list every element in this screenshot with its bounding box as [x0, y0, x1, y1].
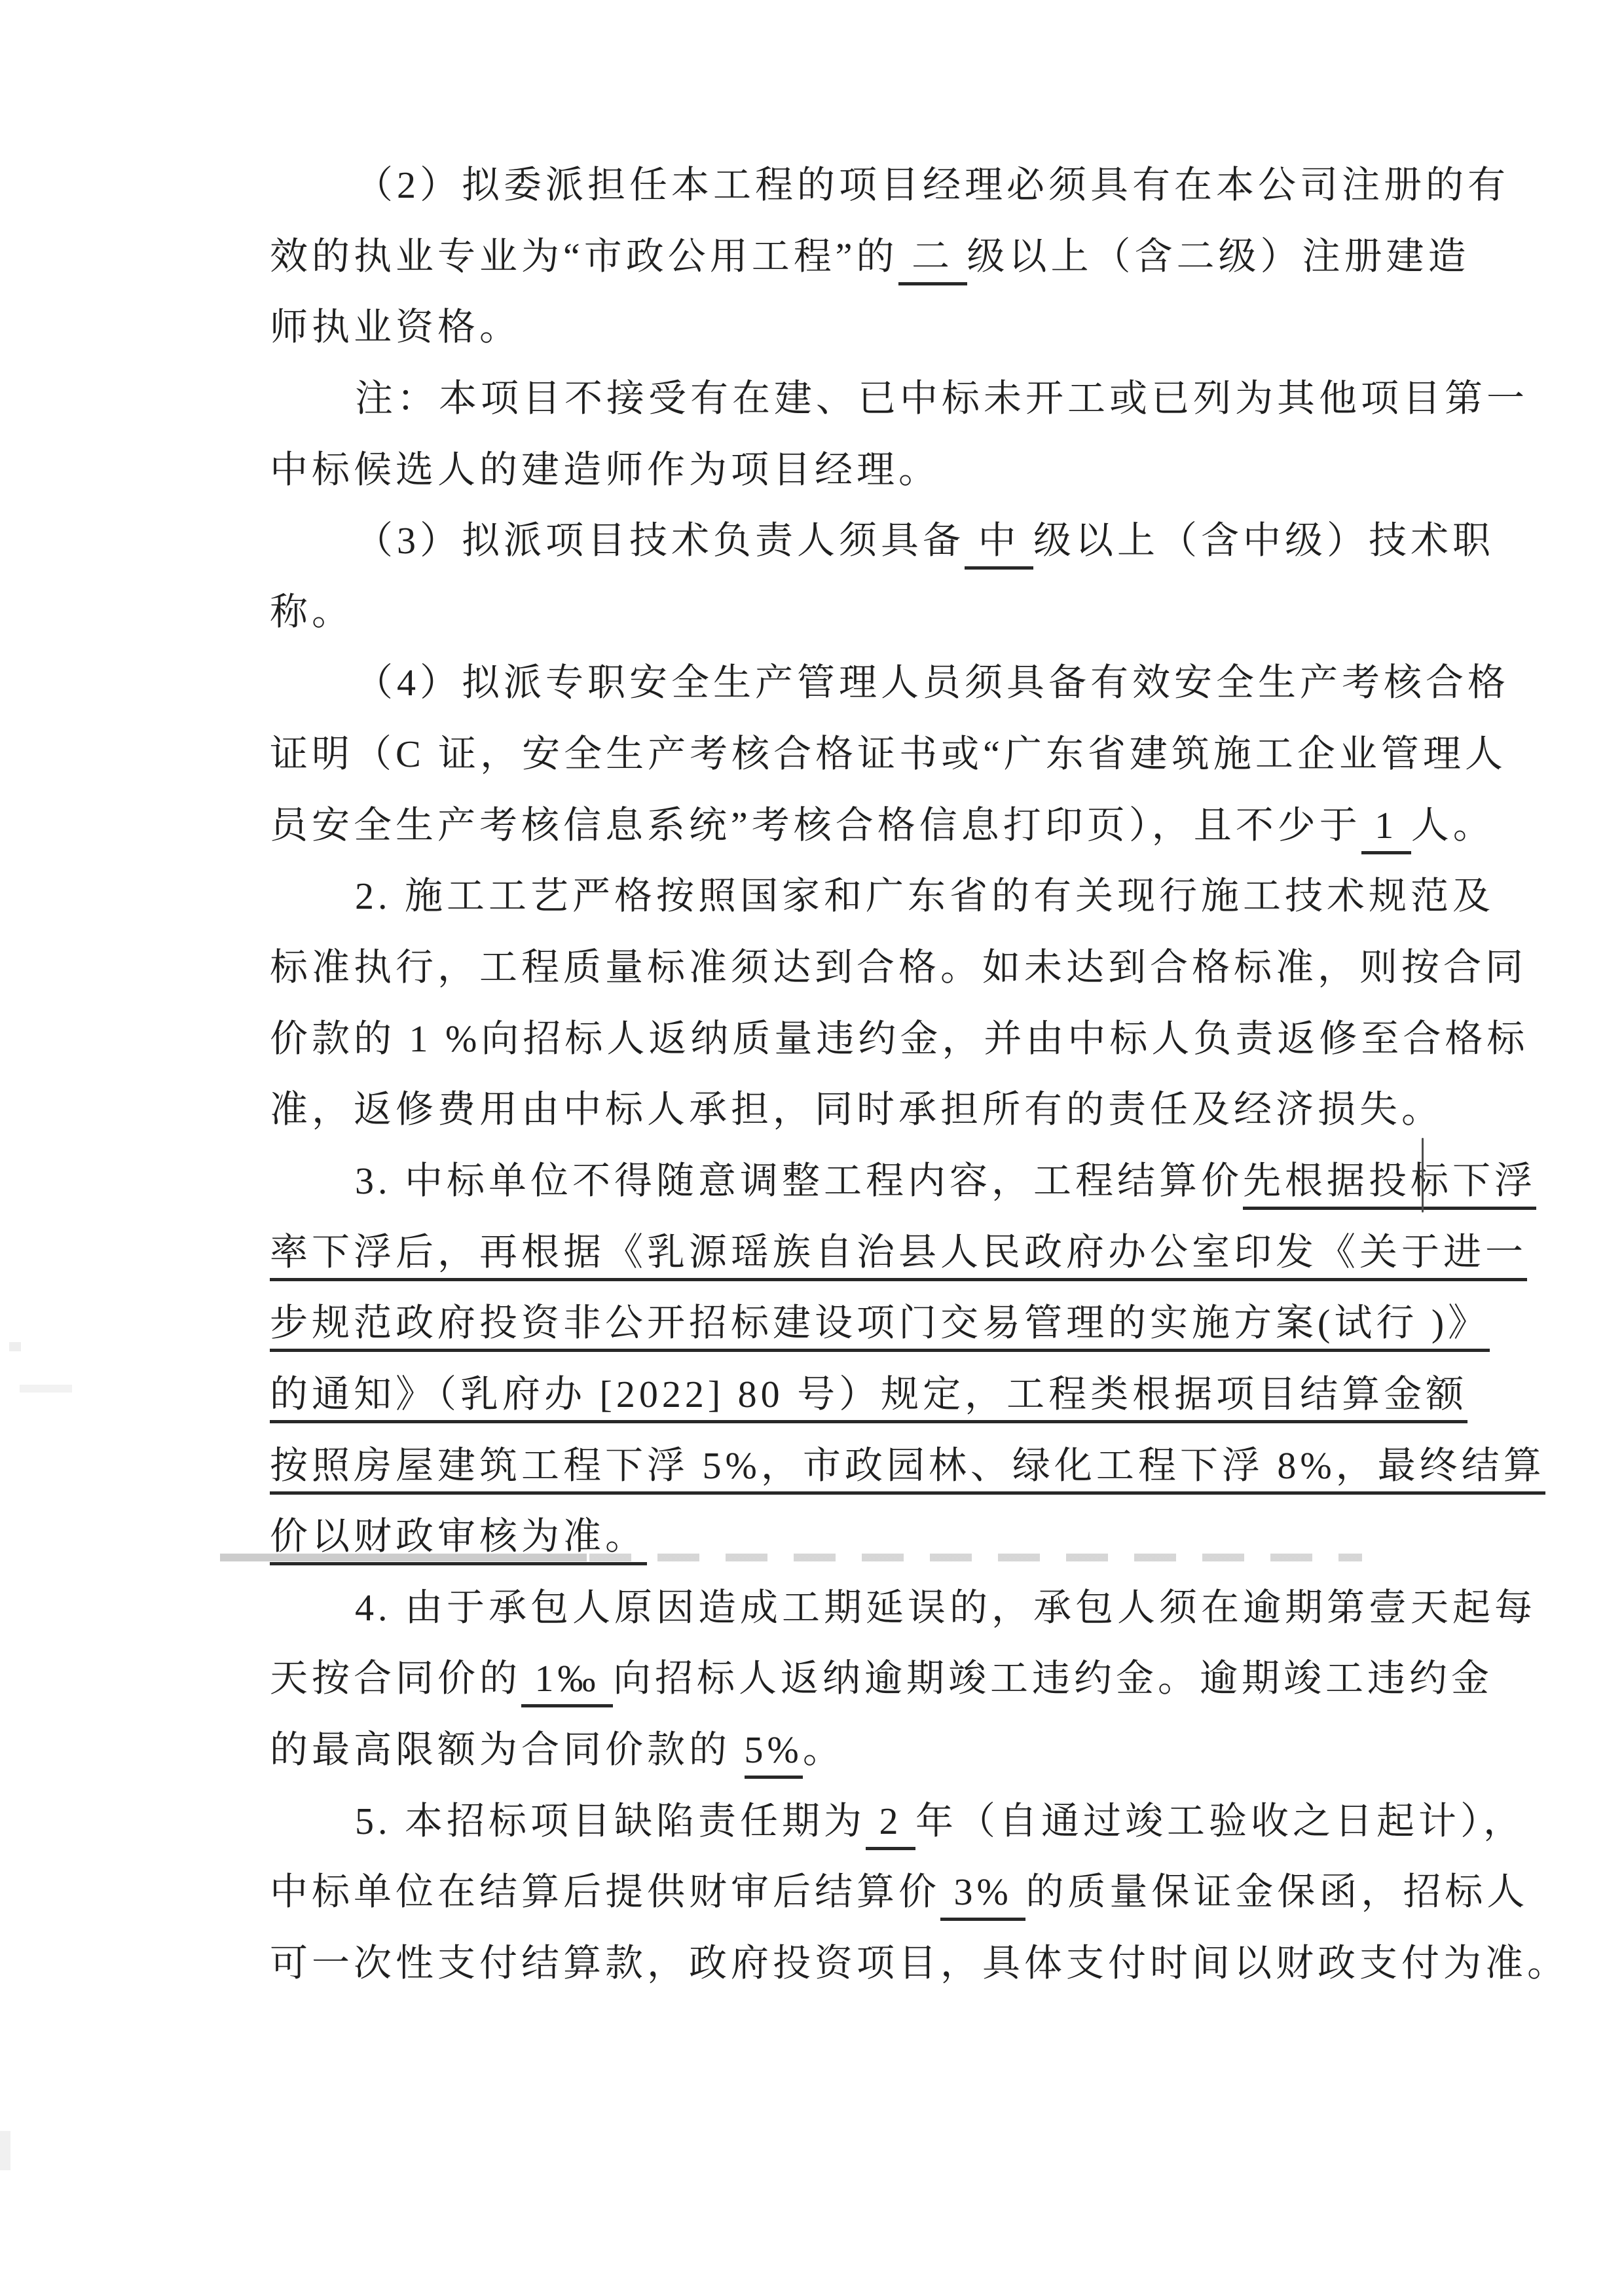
scan-artifact-smudge	[9, 1342, 21, 1351]
text-segment: 价款的 1 %向招标人返纳质量违约金，并由中标人负责返修至合格标	[270, 1017, 1528, 1060]
text-segment: 的质量保证金保函，招标人	[1025, 1870, 1528, 1913]
text-line: 天按合同价的 1‰ 向招标人返纳逾期竣工违约金。逾期竣工违约金	[270, 1643, 1412, 1715]
text-segment: 2. 施工工艺严格按照国家和广东省的有关现行施工技术规范及	[355, 875, 1494, 917]
scan-artifact-smudge	[20, 1385, 72, 1393]
text-line: 称。	[270, 577, 1412, 648]
text-line: 的最高限额为合同价款的 5%。	[270, 1715, 1412, 1786]
text-line: （2）拟委派担任本工程的项目经理必须具有在本公司注册的有	[270, 150, 1412, 221]
text-segment: 中标候选人的建造师作为项目经理。	[270, 448, 940, 491]
underlined-text: 按照房屋建筑工程下浮 5%，市政园林、绿化工程下浮 8%，最终结算	[270, 1444, 1545, 1495]
scan-artifact-streak-dashes	[589, 1554, 1362, 1561]
text-line: 价款的 1 %向招标人返纳质量违约金，并由中标人负责返修至合格标	[270, 1004, 1412, 1075]
text-segment: 5. 本招标项目缺陷责任期为	[355, 1800, 866, 1842]
underlined-text: 的通知》（乳府办 [2022] 80 号）规定，工程类根据项目结算金额	[270, 1373, 1467, 1423]
text-line: 准，返修费用由中标人承担，同时承担所有的责任及经济损失。	[270, 1074, 1412, 1146]
text-line: 标准执行，工程质量标准须达到合格。如未达到合格标准，则按合同	[270, 932, 1412, 1004]
text-line: 5. 本招标项目缺陷责任期为 2 年（自通过竣工验收之日起计），	[270, 1786, 1412, 1857]
text-segment: 级以上（含二级）注册建造	[967, 235, 1470, 278]
text-line: 员安全生产考核信息系统”考核合格信息打印页），且不少于 1 人。	[270, 790, 1412, 862]
text-line: 中标单位在结算后提供财审后结算价 3% 的质量保证金保函，招标人	[270, 1857, 1412, 1928]
text-line: 步规范政府投资非公开招标建设项门交易管理的实施方案(试行 )》	[270, 1288, 1412, 1359]
text-line: 可一次性支付结算款，政府投资项目，具体支付时间以财政支付为准。	[270, 1928, 1412, 1999]
text-segment: （3）拟派项目技术负责人须具备	[355, 519, 965, 562]
underlined-text: 1	[1361, 804, 1411, 854]
text-segment: 准，返修费用由中标人承担，同时承担所有的责任及经济损失。	[270, 1088, 1443, 1131]
text-segment: 称。	[270, 591, 354, 633]
underlined-text: 率下浮后，再根据《乳源瑶族自治县人民政府办公室印发《关于进一	[270, 1231, 1527, 1281]
text-segment: 员安全生产考核信息系统”考核合格信息打印页），且不少于	[270, 804, 1361, 847]
underlined-text: 二	[898, 235, 967, 285]
text-line: 3. 中标单位不得随意调整工程内容，工程结算价先根据投标下浮	[270, 1146, 1412, 1217]
text-line: 率下浮后，再根据《乳源瑶族自治县人民政府办公室印发《关于进一	[270, 1217, 1412, 1288]
text-segment: 标准执行，工程质量标准须达到合格。如未达到合格标准，则按合同	[270, 946, 1527, 989]
text-segment: （2）拟委派担任本工程的项目经理必须具有在本公司注册的有	[355, 164, 1509, 206]
text-segment: 注：本项目不接受有在建、已中标未开工或已列为其他项目第一	[355, 377, 1528, 420]
underlined-text: 3%	[940, 1870, 1025, 1921]
underlined-text: 先根据投标下浮	[1243, 1159, 1536, 1210]
text-segment: 可一次性支付结算款，政府投资项目，具体支付时间以财政支付为准。	[270, 1942, 1569, 1984]
text-segment: 效的执业专业为“市政公用工程”的	[270, 235, 898, 278]
text-segment: 。	[803, 1728, 845, 1771]
document-page: （2）拟委派担任本工程的项目经理必须具有在本公司注册的有效的执业专业为“市政公用…	[0, 0, 1624, 2296]
text-line: （4）拟派专职安全生产管理人员须具备有效安全生产考核合格	[270, 647, 1412, 719]
text-line: 的通知》（乳府办 [2022] 80 号）规定，工程类根据项目结算金额	[270, 1359, 1412, 1430]
underlined-text: 5%	[745, 1728, 803, 1779]
text-line: 按照房屋建筑工程下浮 5%，市政园林、绿化工程下浮 8%，最终结算	[270, 1430, 1412, 1502]
text-line: 4. 由于承包人原因造成工期延误的，承包人须在逾期第壹天起每	[270, 1573, 1412, 1644]
text-segment: 的最高限额为合同价款的	[270, 1728, 745, 1771]
text-line: 证明（C 证，安全生产考核合格证书或“广东省建筑施工企业管理人	[270, 719, 1412, 790]
text-segment: 年（自通过竣工验收之日起计），	[915, 1800, 1525, 1842]
text-line: 价以财政审核为准。	[270, 1501, 1412, 1573]
scan-artifact-smudge	[0, 2131, 10, 2170]
text-segment: 4. 由于承包人原因造成工期延误的，承包人须在逾期第壹天起每	[355, 1586, 1536, 1629]
text-segment: 人。	[1411, 804, 1495, 847]
text-line: （3）拟派项目技术负责人须具备 中 级以上（含中级）技术职	[270, 505, 1412, 577]
text-line: 效的执业专业为“市政公用工程”的 二 级以上（含二级）注册建造	[270, 221, 1412, 293]
text-line: 2. 施工工艺严格按照国家和广东省的有关现行施工技术规范及	[270, 861, 1412, 932]
text-segment: 天按合同价的	[270, 1657, 521, 1700]
scan-artifact-vertical-line	[1422, 1138, 1424, 1212]
text-segment: 向招标人返纳逾期竣工违约金。逾期竣工违约金	[613, 1657, 1493, 1700]
underlined-text: 步规范政府投资非公开招标建设项门交易管理的实施方案(试行 )》	[270, 1302, 1490, 1352]
text-line: 中标候选人的建造师作为项目经理。	[270, 435, 1412, 506]
underlined-text: 2	[866, 1800, 915, 1850]
text-segment: 3. 中标单位不得随意调整工程内容，工程结算价	[355, 1159, 1243, 1202]
text-segment: 证明（C 证，安全生产考核合格证书或“广东省建筑施工企业管理人	[270, 733, 1507, 775]
text-segment: 师执业资格。	[270, 306, 521, 348]
text-segment: 级以上（含中级）技术职	[1033, 519, 1494, 562]
text-segment: 中标单位在结算后提供财审后结算价	[270, 1870, 940, 1913]
document-text-block: （2）拟委派担任本工程的项目经理必须具有在本公司注册的有效的执业专业为“市政公用…	[270, 150, 1412, 1999]
underlined-text: 1‰	[521, 1657, 613, 1707]
text-line: 师执业资格。	[270, 292, 1412, 363]
text-line: 注：本项目不接受有在建、已中标未开工或已列为其他项目第一	[270, 363, 1412, 435]
scan-artifact-streak-left	[220, 1554, 587, 1561]
underlined-text: 中	[965, 519, 1033, 570]
text-segment: （4）拟派专职安全生产管理人员须具备有效安全生产考核合格	[355, 661, 1509, 704]
